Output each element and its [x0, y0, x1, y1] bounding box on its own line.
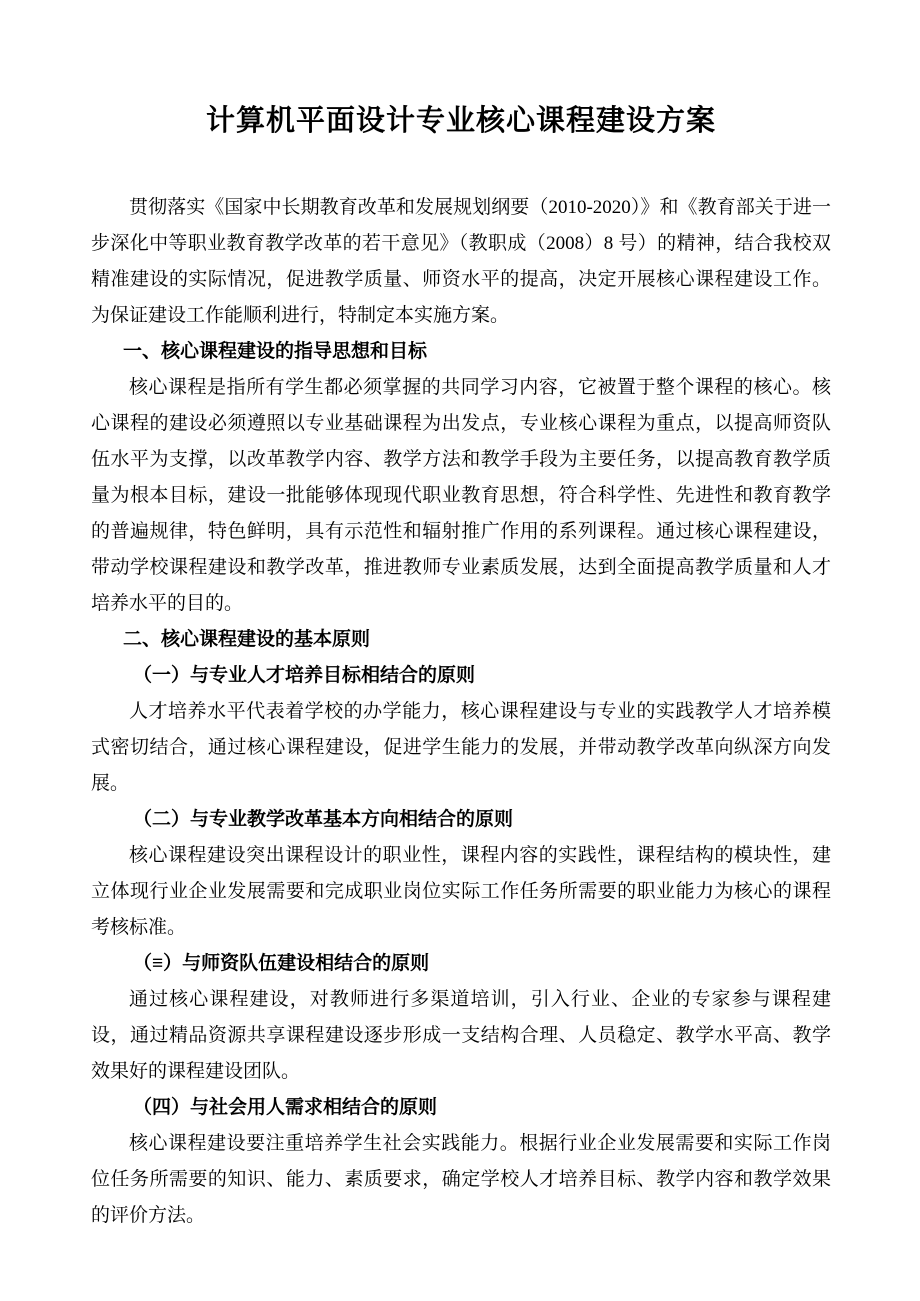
document-page: 计算机平面设计专业核心课程建设方案 贯彻落实《国家中长期教育改革和发展规划纲要（…	[0, 0, 920, 1301]
document-content: 计算机平面设计专业核心课程建设方案 贯彻落实《国家中长期教育改革和发展规划纲要（…	[0, 98, 920, 1234]
subsection-heading-2-3: （≡）与师资队伍建设相结合的原则	[91, 946, 831, 982]
section-heading-1: 一、核心课程建设的指导思想和目标	[91, 334, 831, 370]
section-1-paragraph: 核心课程是指所有学生都必须掌握的共同学习内容，它被置于整个课程的核心。核心课程的…	[91, 370, 831, 622]
subsection-heading-2-2: （二）与专业教学改革基本方向相结合的原则	[91, 802, 831, 838]
subsection-2-4-paragraph: 核心课程建设要注重培养学生社会实践能力。根据行业企业发展需要和实际工作岗位任务所…	[91, 1126, 831, 1234]
subsection-2-3-paragraph: 通过核心课程建设，对教师进行多渠道培训，引入行业、企业的专家参与课程建设，通过精…	[91, 982, 831, 1090]
intro-paragraph: 贯彻落实《国家中长期教育改革和发展规划纲要（2010-2020）》和《教育部关于…	[91, 190, 831, 334]
section-heading-2: 二、核心课程建设的基本原则	[91, 622, 831, 658]
subsection-2-2-paragraph: 核心课程建设突出课程设计的职业性，课程内容的实践性，课程结构的模块性，建立体现行…	[91, 838, 831, 946]
subsection-heading-2-1: （一）与专业人才培养目标相结合的原则	[91, 658, 831, 694]
document-title: 计算机平面设计专业核心课程建设方案	[91, 98, 831, 144]
subsection-2-1-paragraph: 人才培养水平代表着学校的办学能力，核心课程建设与专业的实践教学人才培养模式密切结…	[91, 694, 831, 802]
subsection-heading-2-4: （四）与社会用人需求相结合的原则	[91, 1090, 831, 1126]
